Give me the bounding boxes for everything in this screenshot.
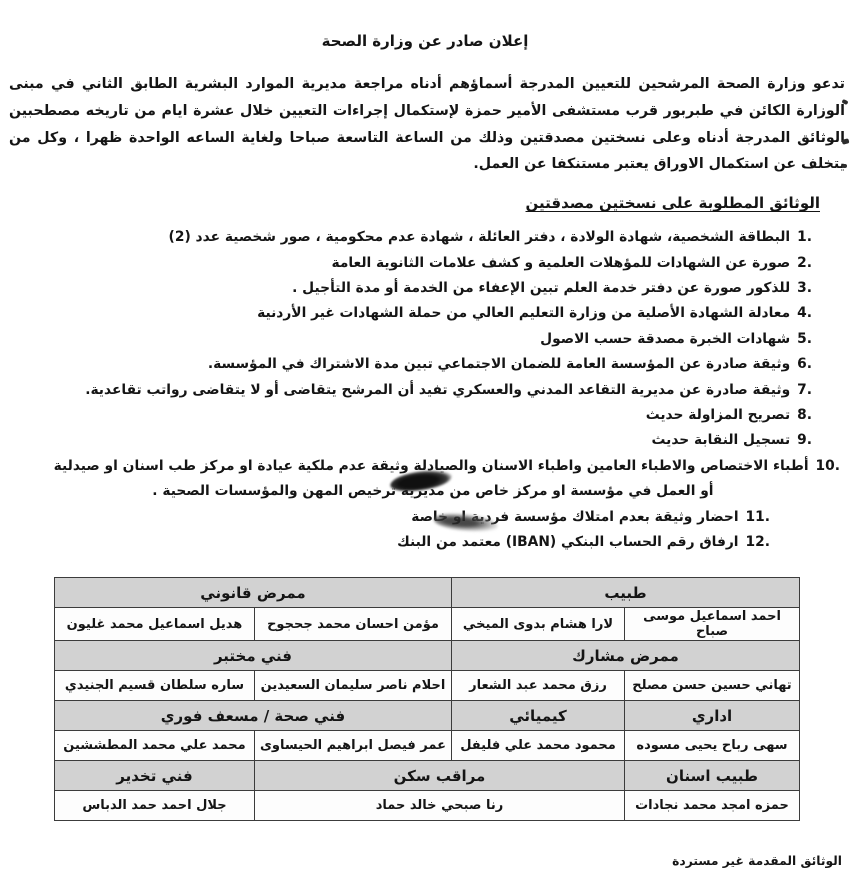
requirement-item-2: 2. صورة عن الشهادات للمؤهلات العلمية و ك…	[0, 251, 812, 276]
requirement-number: 1.	[797, 225, 812, 250]
requirement-text: ارفاق رقم الحساب البنكي (IBAN) معتمد من …	[0, 530, 739, 555]
job-title-cell: ممرض مشارك	[451, 641, 799, 671]
requirement-item-10: 10. أطباء الاختصاص والاطباء العامين واطب…	[0, 454, 840, 505]
requirement-item-8: 8. تصريح المزاولة حديث	[0, 403, 812, 428]
job-title-cell: فني صحة / مسعف فوري	[54, 701, 451, 731]
requirements-list: 1. البطاقة الشخصية، شهادة الولادة ، دفتر…	[0, 225, 812, 555]
requirements-heading: الوثائق المطلوبة على نسختين مصدقتين	[526, 194, 820, 212]
name-cell: ساره سلطان قسيم الجنيدي	[54, 671, 254, 701]
requirements-heading-row: الوثائق المطلوبة على نسختين مصدقتين	[0, 193, 820, 212]
footer-note: الوثائق المقدمة غير مستردة	[0, 854, 842, 868]
name-cell: حمزه امجد محمد نجادات	[625, 791, 800, 821]
requirement-item-4: 4. معادلة الشهادة الأصلية من وزارة التعل…	[0, 301, 812, 326]
requirement-number: 2.	[797, 251, 812, 276]
name-cell: سهى رباح يحيى مسوده	[625, 731, 800, 761]
requirement-number: 8.	[797, 403, 812, 428]
name-cell: لارا هشام بدوى الميخي	[451, 608, 624, 641]
requirement-text: صورة عن الشهادات للمؤهلات العلمية و كشف …	[0, 251, 790, 276]
requirement-number: 5.	[797, 327, 812, 352]
name-cell: احلام ناصر سليمان السعيدين	[254, 671, 451, 701]
requirement-text-line1: أطباء الاختصاص والاطباء العامين واطباء ا…	[54, 458, 809, 474]
table-row-names: احمد اسماعيل موسى صباح لارا هشام بدوى ال…	[54, 608, 799, 641]
name-cell: رنا صبحي خالد حماد	[254, 791, 624, 821]
requirement-text: للذكور صورة عن دفتر خدمة العلم تبين الإع…	[0, 276, 790, 301]
requirement-text: وثيقة صادرة عن المؤسسة العامة للضمان الا…	[0, 352, 790, 377]
name-cell: جلال احمد حمد الدباس	[54, 791, 254, 821]
table-row-job-titles: ممرض مشارك فني مختبر	[54, 641, 799, 671]
job-title-cell: طبيب	[451, 578, 799, 608]
table-row-job-titles: اداري كيميائي فني صحة / مسعف فوري	[54, 701, 799, 731]
table-row-job-titles: طبيب ممرض قانوني	[54, 578, 799, 608]
requirement-text: تسجيل النقابة حديث	[0, 428, 790, 453]
name-cell: عمر فيصل ابراهيم الحيساوى	[254, 731, 451, 761]
requirement-number: 7.	[797, 378, 812, 403]
name-cell: تهاني حسين حسن مصلح	[625, 671, 800, 701]
name-cell: محمد علي محمد المطششين	[54, 731, 254, 761]
requirement-text-line2: أو العمل في مؤسسة او مركز خاص من مديرية …	[0, 479, 714, 504]
requirement-item-11: 11. احضار وثيقة بعدم امتلاك مؤسسة فردية …	[0, 505, 770, 530]
job-title-cell: مراقب سكن	[254, 761, 624, 791]
requirement-text: وثيقة صادرة عن مديرية التقاعد المدني وال…	[0, 378, 790, 403]
requirement-item-12: 12. ارفاق رقم الحساب البنكي (IBAN) معتمد…	[0, 530, 770, 555]
requirement-text: تصريح المزاولة حديث	[0, 403, 790, 428]
requirement-number: 3.	[797, 276, 812, 301]
requirement-number: 12.	[746, 530, 770, 555]
announcement-document: إعلان صادر عن وزارة الصحة تدعو وزارة الص…	[0, 0, 850, 871]
requirement-item-6: 6. وثيقة صادرة عن المؤسسة العامة للضمان …	[0, 352, 812, 377]
requirement-item-5: 5. شهادات الخبرة مصدقة حسب الاصول	[0, 327, 812, 352]
table-row-names: سهى رباح يحيى مسوده محمود محمد علي فليفل…	[54, 731, 799, 761]
name-cell: رزق محمد عبد الشعار	[451, 671, 624, 701]
job-title-cell: كيميائي	[451, 701, 624, 731]
requirement-item-9: 9. تسجيل النقابة حديث	[0, 428, 812, 453]
requirement-text: احضار وثيقة بعدم امتلاك مؤسسة فردية او خ…	[0, 505, 739, 530]
intro-paragraph: تدعو وزارة الصحة المرشحين للتعيين المدرج…	[9, 71, 845, 178]
requirement-text: معادلة الشهادة الأصلية من وزارة التعليم …	[0, 301, 790, 326]
table-row-names: حمزه امجد محمد نجادات رنا صبحي خالد حماد…	[54, 791, 799, 821]
requirement-text: أطباء الاختصاص والاطباء العامين واطباء ا…	[0, 454, 809, 505]
requirement-item-3: 3. للذكور صورة عن دفتر خدمة العلم تبين ا…	[0, 276, 812, 301]
requirement-number: 4.	[797, 301, 812, 326]
job-title-cell: اداري	[625, 701, 800, 731]
table-row-names: تهاني حسين حسن مصلح رزق محمد عبد الشعار …	[54, 671, 799, 701]
job-title-cell: فني مختبر	[54, 641, 451, 671]
job-title-cell: ممرض قانوني	[54, 578, 451, 608]
requirement-item-7: 7. وثيقة صادرة عن مديرية التقاعد المدني …	[0, 378, 812, 403]
requirement-number: 10.	[816, 454, 840, 479]
name-cell: مؤمن احسان محمد جحجوح	[254, 608, 451, 641]
job-title-cell: طبيب اسنان	[625, 761, 800, 791]
requirement-number: 6.	[797, 352, 812, 377]
name-cell: هديل اسماعيل محمد غليون	[54, 608, 254, 641]
requirement-number: 11.	[746, 505, 770, 530]
page-title: إعلان صادر عن وزارة الصحة	[0, 0, 850, 50]
requirement-number: 9.	[797, 428, 812, 453]
table-row-job-titles: طبيب اسنان مراقب سكن فني تخدير	[54, 761, 799, 791]
staff-assignments-table: طبيب ممرض قانوني احمد اسماعيل موسى صباح …	[54, 577, 800, 821]
requirement-item-1: 1. البطاقة الشخصية، شهادة الولادة ، دفتر…	[0, 225, 812, 250]
name-cell: محمود محمد علي فليفل	[451, 731, 624, 761]
requirement-text: البطاقة الشخصية، شهادة الولادة ، دفتر ال…	[0, 225, 790, 250]
name-cell: احمد اسماعيل موسى صباح	[625, 608, 800, 641]
requirement-text: شهادات الخبرة مصدقة حسب الاصول	[0, 327, 790, 352]
job-title-cell: فني تخدير	[54, 761, 254, 791]
